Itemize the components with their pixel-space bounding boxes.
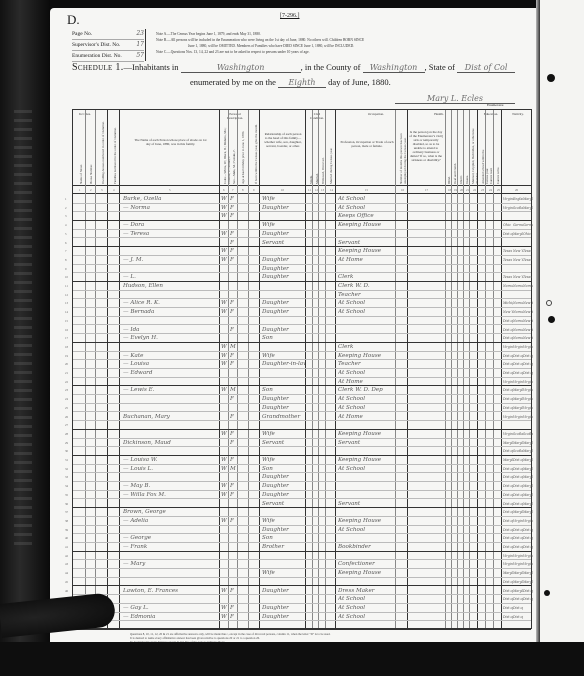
occupation-cell: At School	[338, 299, 395, 308]
table-row: 12Teacher	[73, 291, 531, 300]
sex-cell: F	[230, 439, 238, 448]
column-number: 2	[90, 188, 92, 192]
birthplace-cell: Dist of Col	[503, 386, 513, 395]
table-row: 39DaughterAt SchoolDist of ColDist of Co…	[73, 526, 531, 535]
table-row: 29Dickinson, MaudFServantServantMaryland…	[73, 439, 531, 448]
mother-birthplace-cell: New York	[523, 326, 533, 335]
relationship-cell	[262, 317, 305, 326]
father-birthplace-cell: Maryland	[513, 404, 523, 413]
row-number: 24	[65, 397, 68, 401]
mother-birthplace-cell: Maryland	[523, 482, 533, 491]
sex-cell: M	[230, 465, 238, 474]
mother-birthplace-cell: Dist of Col	[523, 543, 533, 552]
sex-cell	[230, 500, 238, 509]
mother-birthplace-cell: New York	[523, 317, 533, 326]
age-cell	[239, 273, 248, 282]
birthplace-cell: Maryland	[503, 439, 513, 448]
age-cell	[239, 247, 248, 256]
occupation-cell: Keeping House	[338, 517, 395, 526]
name-cell: Lawton, E. Frances	[123, 587, 218, 596]
table-row: 41— FrankBrotherBookbinderDist of ColDis…	[73, 543, 531, 552]
birthplace-cell: Dist of Col	[503, 595, 513, 604]
age-cell	[239, 465, 248, 474]
table-row: 27	[73, 421, 531, 430]
row-number: 29	[65, 441, 68, 445]
mother-birthplace-cell: Maryland	[523, 491, 533, 500]
table-row: 35— Willa Fox M.WFDaughterDist of ColDis…	[73, 491, 531, 500]
relationship-cell: Son	[262, 386, 305, 395]
father-birthplace-cell: New York	[513, 256, 523, 265]
father-birthplace-cell: Germany	[513, 221, 523, 230]
sex-cell	[230, 621, 238, 630]
name-cell: — Kate	[123, 352, 218, 361]
sex-cell	[230, 543, 238, 552]
father-birthplace-cell: New York	[513, 247, 523, 256]
row-number: 8	[65, 258, 67, 262]
table-row: 42VirginiaVirginiaVirginia	[73, 552, 531, 561]
name-cell: Burke, Ozella	[123, 195, 218, 204]
sex-cell: F	[230, 587, 238, 596]
table-row: 14— BernadaWFDaughterAt SchoolNew YorkNo…	[73, 308, 531, 317]
relationship-cell: Daughter	[262, 204, 305, 213]
mother-birthplace-cell: Norway	[523, 282, 533, 291]
mother-birthplace-cell: Ohio	[523, 230, 533, 239]
father-birthplace-cell	[513, 621, 523, 630]
inhabitants-label: —Inhabitants in	[124, 62, 179, 72]
color-cell: W	[221, 204, 229, 213]
relationship-cell	[262, 552, 305, 561]
color-cell: W	[221, 247, 229, 256]
name-cell	[123, 343, 218, 352]
table-row: 8— J. M.WFDaughterAt HomeTexasNew YorkTe…	[73, 256, 531, 265]
birthplace-cell: Dist of Col	[503, 404, 513, 413]
census-table: In Cities. Name of Street. House Number.…	[72, 109, 532, 629]
age-cell	[239, 256, 248, 265]
occupation-cell: At School	[338, 308, 395, 317]
birthplace-cell: Virginia	[503, 378, 513, 387]
mother-birthplace-cell: Maryland	[523, 456, 533, 465]
birthplace-cell	[503, 621, 513, 630]
name-cell	[123, 265, 218, 274]
relationship-cell: Wife	[262, 195, 305, 204]
header-sex: Sex—Male, M.; Female, F.	[232, 124, 236, 184]
age-cell	[239, 613, 248, 622]
color-cell	[221, 326, 229, 335]
birthplace-cell: Dist of Col	[503, 326, 513, 335]
birthplace-cell: Dist of Col	[503, 578, 513, 587]
birthplace-cell: Dist of Col	[503, 491, 513, 500]
name-cell: — Louisa W.	[123, 456, 218, 465]
father-birthplace-cell: Dist of Col	[513, 491, 523, 500]
relationship-cell: Wife	[262, 456, 305, 465]
row-number: 44	[65, 571, 68, 575]
sex-cell: F	[230, 413, 238, 422]
father-birthplace-cell: Dist of Col	[513, 465, 523, 474]
age-cell	[239, 291, 248, 300]
mother-birthplace-cell	[523, 613, 533, 622]
occupation-cell	[338, 334, 395, 343]
header-color: Color—White, W.; Black, B.; Mulatto, Mu.…	[223, 124, 231, 184]
age-cell	[239, 543, 248, 552]
table-row: 2— NormaWFDaughterAt SchoolVirginiaScotl…	[73, 204, 531, 213]
age-cell	[239, 621, 248, 630]
occupation-cell	[338, 491, 395, 500]
birthplace-cell: New York	[503, 308, 513, 317]
county-label: , in the County of	[301, 62, 361, 72]
sex-cell	[230, 291, 238, 300]
row-number: 2	[65, 206, 67, 210]
name-cell	[123, 473, 218, 482]
occupation-cell	[338, 508, 395, 517]
birthplace-cell: Virginia	[503, 204, 513, 213]
table-row: 7WFKeeping HouseTexasNew YorkTexas	[73, 247, 531, 256]
father-birthplace-cell: Dist of Col	[513, 456, 523, 465]
birthplace-cell	[503, 291, 513, 300]
header-family: Families numbered in the order of visita…	[113, 118, 117, 184]
age-cell	[239, 230, 248, 239]
table-row: 34— May B.WFDaughterDist of ColDist of C…	[73, 482, 531, 491]
occupation-cell	[338, 482, 395, 491]
name-cell: — Ida	[123, 326, 218, 335]
mother-birthplace-cell: Dist of Col	[523, 360, 533, 369]
column-number: 4	[113, 188, 115, 192]
birthplace-cell: Dist of Col	[503, 482, 513, 491]
birthplace-cell: Dist of Col	[503, 369, 513, 378]
name-cell	[123, 212, 218, 221]
color-cell: W	[221, 604, 229, 613]
occupation-cell: Keeps Office	[338, 212, 395, 221]
relationship-cell: Daughter	[262, 473, 305, 482]
color-cell	[221, 447, 229, 456]
relationship-cell	[262, 212, 305, 221]
birthplace-cell: Dist of Col	[503, 395, 513, 404]
age-cell	[239, 491, 248, 500]
row-number: 39	[65, 528, 68, 532]
father-birthplace-cell: Dist of Col	[513, 360, 523, 369]
sex-cell	[230, 526, 238, 535]
relationship-cell: Son	[262, 465, 305, 474]
header-month-born: If born within the Census year, give the…	[254, 118, 258, 184]
color-cell	[221, 500, 229, 509]
row-number: 17	[65, 336, 68, 340]
father-birthplace-cell: Dist of Col	[513, 473, 523, 482]
place-field: Washington	[181, 63, 301, 73]
row-number: 41	[65, 545, 68, 549]
mother-birthplace-cell	[523, 621, 533, 630]
mother-birthplace-cell: Virginia	[523, 378, 533, 387]
row-number: 33	[65, 475, 68, 479]
color-cell	[221, 552, 229, 561]
age-cell	[239, 395, 248, 404]
relationship-cell	[262, 369, 305, 378]
name-cell: — Bernada	[123, 308, 218, 317]
age-cell	[239, 569, 248, 578]
sex-cell	[230, 560, 238, 569]
date-suffix: day of June, 1880.	[328, 77, 391, 87]
father-birthplace-cell	[513, 265, 523, 274]
day-field: Eighth	[278, 78, 326, 88]
relationship-cell: Daughter	[262, 326, 305, 335]
occupation-cell	[338, 447, 395, 456]
name-cell: — George	[123, 534, 218, 543]
sex-cell	[230, 473, 238, 482]
relationship-cell: Servant	[262, 439, 305, 448]
mother-birthplace-cell: Virginia	[523, 552, 533, 561]
color-cell	[221, 239, 229, 248]
occupation-cell: At Home	[338, 413, 395, 422]
table-row: 24FDaughterAt SchoolDist of ColMarylandV…	[73, 395, 531, 404]
name-cell: — Edward	[123, 369, 218, 378]
occupation-cell: Teacher	[338, 291, 395, 300]
table-row: 21— EdwardAt SchoolDist of ColDist of Co…	[73, 369, 531, 378]
color-cell	[221, 508, 229, 517]
color-cell: W	[221, 386, 229, 395]
column-number: 23	[481, 188, 484, 192]
table-row: 36ServantServantDist of ColDist of ColMa…	[73, 500, 531, 509]
sex-cell	[230, 552, 238, 561]
column-number: 14	[330, 188, 333, 192]
occupation-cell: At School	[338, 465, 395, 474]
header-dwelling: Dwelling-houses numbered in order of vis…	[101, 118, 105, 184]
father-birthplace-cell: Dist of Col	[513, 534, 523, 543]
mother-birthplace-cell: Maryland	[523, 195, 533, 204]
birthplace-cell	[503, 239, 513, 248]
birthplace-cell: Dist of Col	[503, 360, 513, 369]
birthplace-cell: Dist of Col	[503, 352, 513, 361]
row-number: 45	[65, 580, 68, 584]
father-birthplace-cell: Norway	[513, 308, 523, 317]
binding-hole-ring	[546, 300, 552, 306]
column-number: 9	[253, 188, 255, 192]
header-age: Age at last birthday prior to June 1, 18…	[241, 124, 245, 184]
mother-birthplace-cell: Dist of Col	[523, 369, 533, 378]
occupation-cell: Keeping House	[338, 456, 395, 465]
color-cell: W	[221, 465, 229, 474]
row-number: 46	[65, 589, 68, 593]
column-number: 24	[489, 188, 492, 192]
instruction-notes: Note A.—The Census Year begins June 1, 1…	[156, 31, 496, 55]
occupation-cell	[338, 317, 395, 326]
occupation-cell	[338, 534, 395, 543]
occupation-cell	[338, 578, 395, 587]
father-birthplace-cell: Virginia	[513, 413, 523, 422]
age-cell	[239, 386, 248, 395]
mother-birthplace-cell: Scotland	[523, 430, 533, 439]
father-birthplace-cell: Scotland	[513, 204, 523, 213]
header-civil-condition: Civil Condition.	[307, 112, 327, 120]
row-number: 7	[65, 249, 67, 253]
relationship-cell: Wife	[262, 517, 305, 526]
sex-cell	[230, 569, 238, 578]
table-row: 19— KateWFWifeKeeping HouseDist of ColDi…	[73, 352, 531, 361]
name-cell: — J. M.	[123, 256, 218, 265]
birthplace-cell: Dist of Col	[503, 334, 513, 343]
table-row: 37Brown, GeorgeDist of ColMarylandMaryla…	[73, 508, 531, 517]
name-cell: — Alice R. K.	[123, 299, 218, 308]
sex-cell	[230, 334, 238, 343]
column-number: 22	[473, 188, 476, 192]
relationship-cell: Daughter	[262, 230, 305, 239]
mother-birthplace-cell	[523, 604, 533, 613]
age-cell	[239, 439, 248, 448]
relationship-cell	[262, 378, 305, 387]
father-birthplace-cell	[513, 212, 523, 221]
mother-birthplace-cell: Germany	[523, 221, 533, 230]
age-cell	[239, 508, 248, 517]
sex-cell: F	[230, 613, 238, 622]
relationship-cell: Wife	[262, 221, 305, 230]
occupation-cell: Servant	[338, 439, 395, 448]
occupation-cell: Clerk W. D.	[338, 282, 395, 291]
name-cell	[123, 378, 218, 387]
color-cell: W	[221, 343, 229, 352]
enumerator-caption: Enumerator.	[487, 103, 504, 107]
father-birthplace-cell: Virginia	[513, 517, 523, 526]
relationship-cell: Daughter	[262, 526, 305, 535]
binding-hole	[544, 590, 550, 596]
table-row: 45Dist of ColMarylandMaryland	[73, 578, 531, 587]
row-number: 13	[65, 301, 68, 305]
color-cell	[221, 534, 229, 543]
name-cell: — Edmonia	[123, 613, 218, 622]
sex-cell: F	[230, 491, 238, 500]
table-row: 38— AdeliaWFWifeKeeping HouseDist of Col…	[73, 517, 531, 526]
sex-cell	[230, 273, 238, 282]
age-cell	[239, 447, 248, 456]
table-row: 1Burke, OzellaWFWifeAt SchoolVirginiaEng…	[73, 195, 531, 204]
birthplace-cell: Dist of Col	[503, 534, 513, 543]
brace-divider	[143, 29, 146, 61]
occupation-cell	[338, 552, 395, 561]
column-number: 15	[365, 188, 368, 192]
table-row: 46Lawton, E. FrancesWFDaughterDress Make…	[73, 587, 531, 596]
table-row: 49— EdmoniaWFDaughterAt SchoolDist of Co…	[73, 613, 531, 622]
birthplace-cell: Texas	[503, 247, 513, 256]
birthplace-cell: Dist of Col	[503, 613, 513, 622]
header-married-in-year: Married during Census year.	[329, 124, 333, 184]
relationship-cell	[262, 560, 305, 569]
header-relationship: Relationship of each person to the head …	[263, 132, 303, 148]
color-cell: W	[221, 230, 229, 239]
sex-cell	[230, 421, 238, 430]
occupation-cell: At School	[338, 526, 395, 535]
age-cell	[239, 595, 248, 604]
table-row: 16— IdaFDaughterDist of ColNorwayNew Yor…	[73, 326, 531, 335]
form-number: [7-296.]	[280, 13, 300, 19]
birthplace-cell: Dist of Col	[503, 517, 513, 526]
table-row: 5— TeresaWFDaughterDist of ColMarylandOh…	[73, 230, 531, 239]
age-cell	[239, 456, 248, 465]
row-number: 30	[65, 449, 68, 453]
enumeration-date-line: enumerated by me on the Eighth day of Ju…	[190, 77, 391, 88]
father-birthplace-cell: Maryland	[513, 230, 523, 239]
color-cell	[221, 543, 229, 552]
name-cell	[123, 239, 218, 248]
table-row: 22At HomeVirginiaVirginiaVirginia	[73, 378, 531, 387]
color-cell	[221, 378, 229, 387]
age-cell	[239, 500, 248, 509]
row-number: 32	[65, 467, 68, 471]
name-cell: — Mary	[123, 560, 218, 569]
relationship-cell: Daughter	[262, 395, 305, 404]
row-number: 10	[65, 275, 68, 279]
father-birthplace-cell: Norway	[513, 334, 523, 343]
sex-cell: F	[230, 239, 238, 248]
relationship-cell: Daughter	[262, 491, 305, 500]
mother-birthplace-cell: New York	[523, 334, 533, 343]
sex-cell: F	[230, 326, 238, 335]
mother-birthplace-cell	[523, 421, 533, 430]
relationship-cell	[262, 282, 305, 291]
color-cell: W	[221, 491, 229, 500]
book-binding	[0, 0, 50, 676]
name-cell: — Frank	[123, 543, 218, 552]
row-number: 43	[65, 562, 68, 566]
occupation-cell: Servant	[338, 239, 395, 248]
header-name: The Name of each Person whose place of a…	[133, 138, 208, 146]
color-cell: W	[221, 482, 229, 491]
state-label: , State of	[425, 62, 455, 72]
name-cell	[123, 317, 218, 326]
occupation-cell: At Home	[338, 378, 395, 387]
column-number: 16	[401, 188, 404, 192]
color-cell	[221, 221, 229, 230]
father-birthplace-cell: Dist of Col	[513, 352, 523, 361]
color-cell	[221, 526, 229, 535]
row-number: 20	[65, 362, 68, 366]
father-birthplace-cell: Norway	[513, 282, 523, 291]
page-number-row: Page No. 23	[72, 29, 144, 40]
age-cell	[239, 343, 248, 352]
relationship-cell: Daughter	[262, 613, 305, 622]
header-sickness: Is the person [on the day of the Enumera…	[409, 130, 443, 162]
birthplace-cell: Virginia	[503, 343, 513, 352]
birthplace-cell: Dist of Col	[503, 526, 513, 535]
row-number: 21	[65, 371, 68, 375]
relationship-cell: Daughter	[262, 265, 305, 274]
table-row: 33DaughterDist of ColDist of ColMaryland	[73, 473, 531, 482]
father-birthplace-cell: Maryland	[513, 386, 523, 395]
row-number: 23	[65, 388, 68, 392]
table-row: 13— Alice R. K.WFDaughterAt SchoolMichig…	[73, 299, 531, 308]
father-birthplace-cell: Dist of Col	[513, 500, 523, 509]
occupation-cell: Keeping House	[338, 430, 395, 439]
table-row: 40— GeorgeSonDist of ColDist of ColDist …	[73, 534, 531, 543]
mother-birthplace-cell: Dist of Col	[523, 595, 533, 604]
occupation-cell: At Home	[338, 256, 395, 265]
relationship-cell	[262, 578, 305, 587]
sex-cell	[230, 369, 238, 378]
row-number: 37	[65, 510, 68, 514]
sex-cell	[230, 404, 238, 413]
mother-birthplace-cell: Dist of Col	[523, 526, 533, 535]
mother-birthplace-cell: Virginia	[523, 560, 533, 569]
table-row: 15Dist of ColNorwayNew York	[73, 317, 531, 326]
name-cell: — May B.	[123, 482, 218, 491]
mother-birthplace-cell: Virginia	[523, 404, 533, 413]
father-birthplace-cell: Dist of Col	[513, 482, 523, 491]
occupation-cell: At School	[338, 604, 395, 613]
name-cell	[123, 569, 218, 578]
age-cell	[239, 221, 248, 230]
age-cell	[239, 265, 248, 274]
color-cell	[221, 421, 229, 430]
birthplace-cell: Dist of Col	[503, 465, 513, 474]
mother-birthplace-cell: Maryland	[523, 578, 533, 587]
schedule-title-line: Schedule 1.—Inhabitants in Washington, i…	[72, 62, 532, 73]
header-months-unemployed: Number of months this person has been un…	[399, 118, 407, 184]
age-cell	[239, 413, 248, 422]
